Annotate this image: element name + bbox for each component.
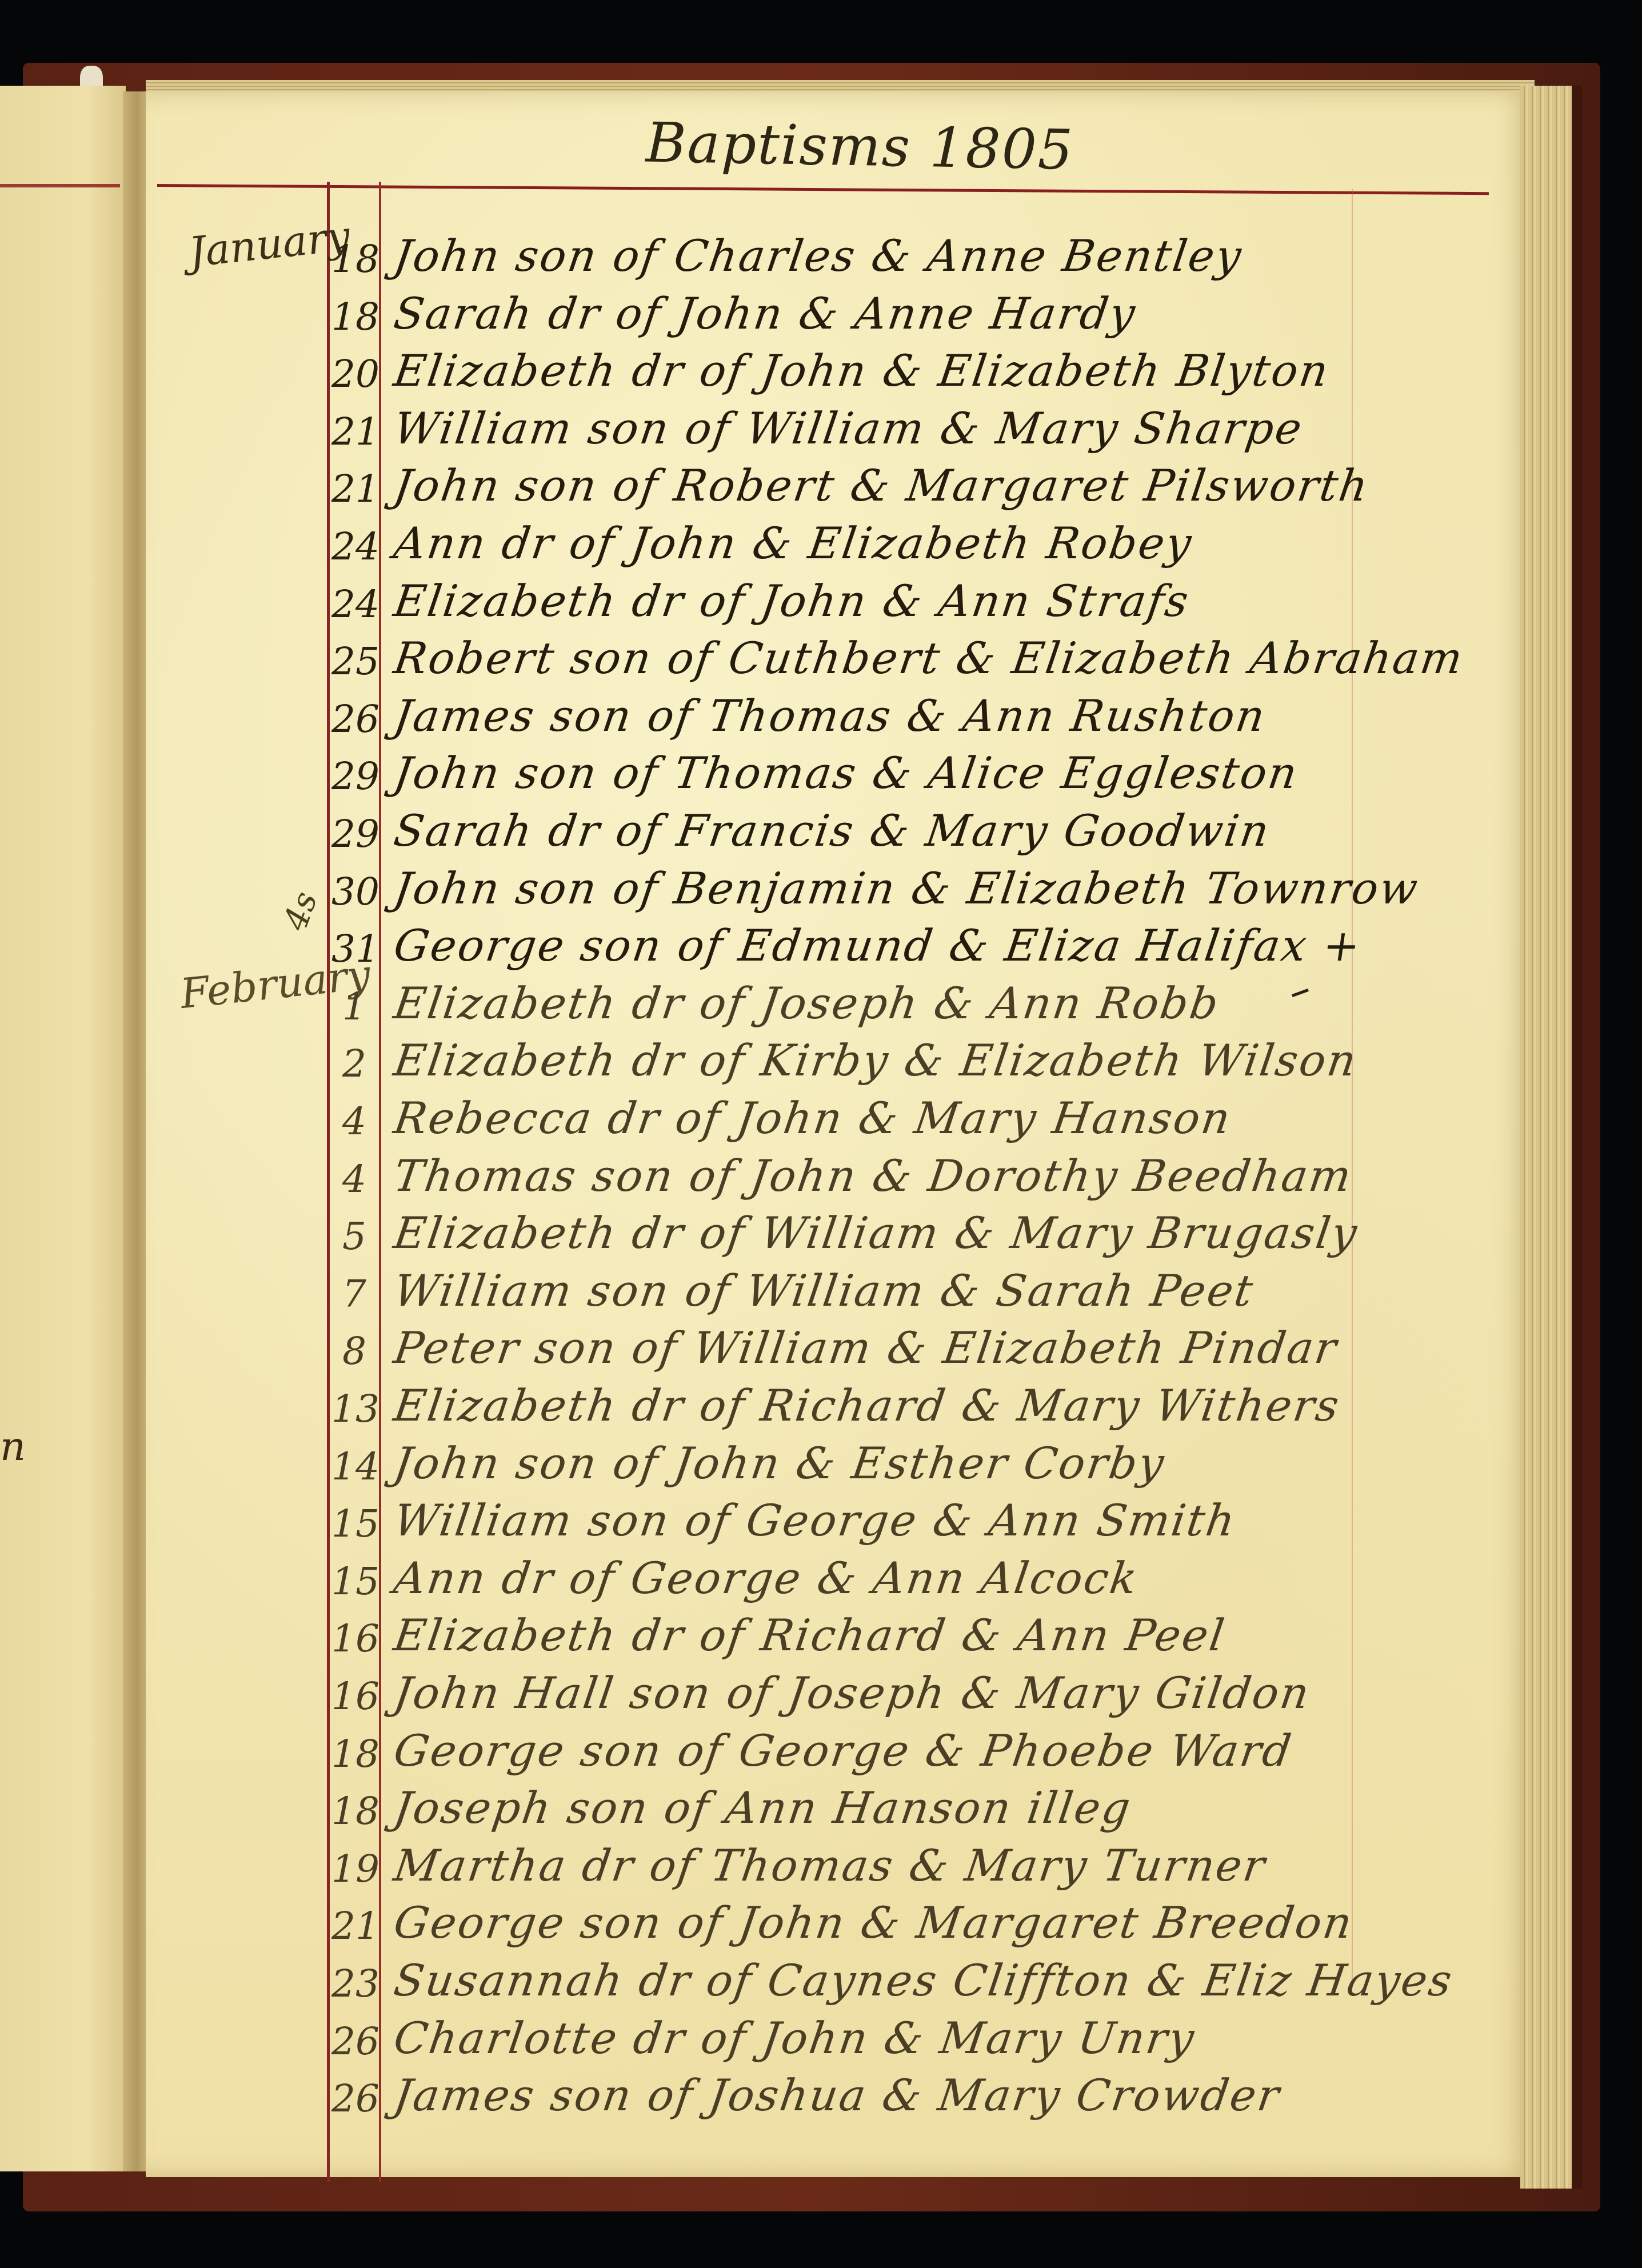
register-entry: 4Thomas son of John & Dorothy Beedham <box>331 1144 1352 1201</box>
entry-day: 1 <box>331 985 377 1029</box>
entry-day: 21 <box>331 410 377 454</box>
entry-text: Joseph son of Ann Hanson illeg <box>391 1782 1135 1833</box>
entry-text: George son of George & Phoebe Ward <box>391 1725 1296 1776</box>
entry-day: 29 <box>331 754 377 798</box>
register-entry: 23Susannah dr of Caynes Cliffton & Eliz … <box>331 1949 1453 2006</box>
register-entry: 20Elizabeth dr of John & Elizabeth Blyto… <box>331 339 1329 396</box>
entry-day: 26 <box>331 697 377 741</box>
month-column-rule <box>327 182 330 2182</box>
entry-day: 2 <box>331 1042 377 1086</box>
register-entry: 24Ann dr of John & Elizabeth Robey <box>331 511 1192 569</box>
entry-text: Martha dr of Thomas & Mary Turner <box>391 1840 1270 1891</box>
entry-text: James son of Thomas & Ann Rushton <box>391 690 1269 741</box>
entry-text: Thomas son of John & Dorothy Beedham <box>391 1150 1356 1201</box>
register-entry: 31George son of Edmund & Eliza Halifax + <box>331 914 1361 971</box>
register-entry: 15William son of George & Ann Smith <box>331 1489 1236 1546</box>
register-entry: 26James son of Thomas & Ann Rushton <box>331 684 1266 741</box>
register-entry: 1Elizabeth dr of Joseph & Ann Robb <box>331 971 1220 1029</box>
entry-day: 4 <box>331 1157 377 1201</box>
entry-day: 14 <box>331 1445 377 1489</box>
entry-day: 18 <box>331 1732 377 1776</box>
register-entry: 7William son of William & Sarah Peet <box>331 1259 1254 1316</box>
left-page: n <box>0 86 126 2171</box>
entry-text: John son of Robert & Margaret Pilsworth <box>391 460 1373 511</box>
register-entry: 21William son of William & Mary Sharpe <box>331 397 1303 454</box>
entry-day: 29 <box>331 812 377 856</box>
entry-day: 21 <box>331 467 377 511</box>
register-entry: 30John son of Benjamin & Elizabeth Townr… <box>331 857 1419 914</box>
entry-day: 24 <box>331 525 377 569</box>
entry-day: 15 <box>331 1559 377 1603</box>
page-stack-edge <box>1520 86 1582 2189</box>
entry-text: Elizabeth dr of John & Elizabeth Blyton <box>391 345 1333 396</box>
entry-day: 18 <box>331 237 377 281</box>
entry-day: 13 <box>331 1387 377 1431</box>
entry-text: John son of Thomas & Alice Eggleston <box>391 747 1302 798</box>
register-entry: 4Rebecca dr of John & Mary Hanson <box>331 1086 1231 1143</box>
entry-text: Robert son of Cuthbert & Elizabeth Abrah… <box>391 633 1467 683</box>
entry-day: 23 <box>331 1962 377 2006</box>
register-entry: 26James son of Joshua & Mary Crowder <box>331 2063 1280 2121</box>
entry-text: Peter son of William & Elizabeth Pindar <box>391 1322 1341 1373</box>
register-entry: 21John son of Robert & Margaret Pilswort… <box>331 454 1369 511</box>
entry-day: 18 <box>331 1789 377 1833</box>
page-title: Baptisms 1805 <box>645 110 1074 182</box>
register-entry: 29John son of Thomas & Alice Eggleston <box>331 741 1298 798</box>
entry-text: William son of William & Sarah Peet <box>391 1265 1258 1316</box>
entry-day: 5 <box>331 1214 377 1258</box>
register-entry: 16John Hall son of Joseph & Mary Gildon <box>331 1661 1311 1718</box>
entry-text: Susannah dr of Caynes Cliffton & Eliz Ha… <box>391 1955 1457 2006</box>
register-entry: 18George son of George & Phoebe Ward <box>331 1719 1292 1776</box>
entry-day: 8 <box>331 1329 377 1373</box>
entry-text: Elizabeth dr of Joseph & Ann Robb <box>391 978 1223 1029</box>
entry-text: Charlotte dr of John & Mary Unry <box>391 2013 1199 2063</box>
register-entry: 18Sarah dr of John & Anne Hardy <box>331 282 1136 339</box>
register-entry: 19Martha dr of Thomas & Mary Turner <box>331 1834 1266 1891</box>
register-entry: 16Elizabeth dr of Richard & Ann Peel <box>331 1603 1225 1661</box>
entry-text: John son of John & Esther Corby <box>391 1438 1169 1489</box>
entry-day: 7 <box>331 1272 377 1316</box>
entry-day: 20 <box>331 352 377 396</box>
entry-text: Elizabeth dr of Richard & Mary Withers <box>391 1380 1344 1431</box>
entry-day: 30 <box>331 870 377 914</box>
left-page-text-fragment: n <box>0 1423 26 1470</box>
register-entry: 29Sarah dr of Francis & Mary Goodwin <box>331 799 1270 856</box>
entry-text: Elizabeth dr of William & Mary Brugasly <box>391 1207 1362 1258</box>
register-entry: 18Joseph son of Ann Hanson illeg <box>331 1776 1132 1833</box>
entry-text: John son of Charles & Anne Bentley <box>391 230 1246 281</box>
entry-text: Elizabeth dr of Kirby & Elizabeth Wilson <box>391 1035 1361 1086</box>
register-entry: 14John son of John & Esther Corby <box>331 1431 1165 1489</box>
register-entry: 8Peter son of William & Elizabeth Pindar <box>331 1316 1337 1373</box>
entry-text: John son of Benjamin & Elizabeth Townrow <box>391 863 1423 914</box>
entry-text: John Hall son of Joseph & Mary Gildon <box>391 1667 1314 1718</box>
entry-text: Sarah dr of Francis & Mary Goodwin <box>391 805 1274 856</box>
register-entry: 26Charlotte dr of John & Mary Unry <box>331 2006 1195 2063</box>
entry-text: Rebecca dr of John & Mary Hanson <box>391 1093 1235 1143</box>
entry-text: Ann dr of George & Ann Alcock <box>391 1553 1142 1603</box>
register-entry: 15Ann dr of George & Ann Alcock <box>331 1546 1138 1603</box>
register-entry: 21George son of John & Margaret Breedon <box>331 1891 1353 1948</box>
register-entry: 18John son of Charles & Anne Bentley <box>331 224 1243 281</box>
entry-text: James son of Joshua & Mary Crowder <box>391 2070 1284 2121</box>
entry-day: 18 <box>331 295 377 339</box>
left-page-red-rule <box>0 184 120 187</box>
register-entry: 25Robert son of Cuthbert & Elizabeth Abr… <box>331 626 1464 683</box>
entry-text: William son of George & Ann Smith <box>391 1495 1240 1546</box>
entry-text: Ann dr of John & Elizabeth Robey <box>391 518 1196 569</box>
entry-text: Elizabeth dr of Richard & Ann Peel <box>391 1610 1229 1661</box>
entry-text: Elizabeth dr of John & Ann Strafs <box>391 575 1193 626</box>
entry-day: 26 <box>331 2019 377 2063</box>
entry-day: 21 <box>331 1904 377 1948</box>
entry-day: 31 <box>331 927 377 971</box>
entry-text: George son of Edmund & Eliza Halifax + <box>391 920 1365 971</box>
entry-day: 19 <box>331 1847 377 1891</box>
register-entry: 5Elizabeth dr of William & Mary Brugasly <box>331 1201 1358 1258</box>
entry-text: William son of William & Mary Sharpe <box>391 403 1307 454</box>
entry-day: 16 <box>331 1674 377 1718</box>
register-entry: 13Elizabeth dr of Richard & Mary Withers <box>331 1374 1340 1431</box>
entry-day: 25 <box>331 639 377 683</box>
entry-day: 4 <box>331 1099 377 1143</box>
register-entry: 2Elizabeth dr of Kirby & Elizabeth Wilso… <box>331 1029 1357 1086</box>
entry-text: Sarah dr of John & Anne Hardy <box>391 288 1140 339</box>
entry-day: 16 <box>331 1617 377 1661</box>
entry-text: George son of John & Margaret Breedon <box>391 1897 1357 1948</box>
register-entry: 24Elizabeth dr of John & Ann Strafs <box>331 569 1189 626</box>
entry-day: 24 <box>331 582 377 626</box>
entry-day: 15 <box>331 1502 377 1546</box>
entry-day: 26 <box>331 2077 377 2121</box>
